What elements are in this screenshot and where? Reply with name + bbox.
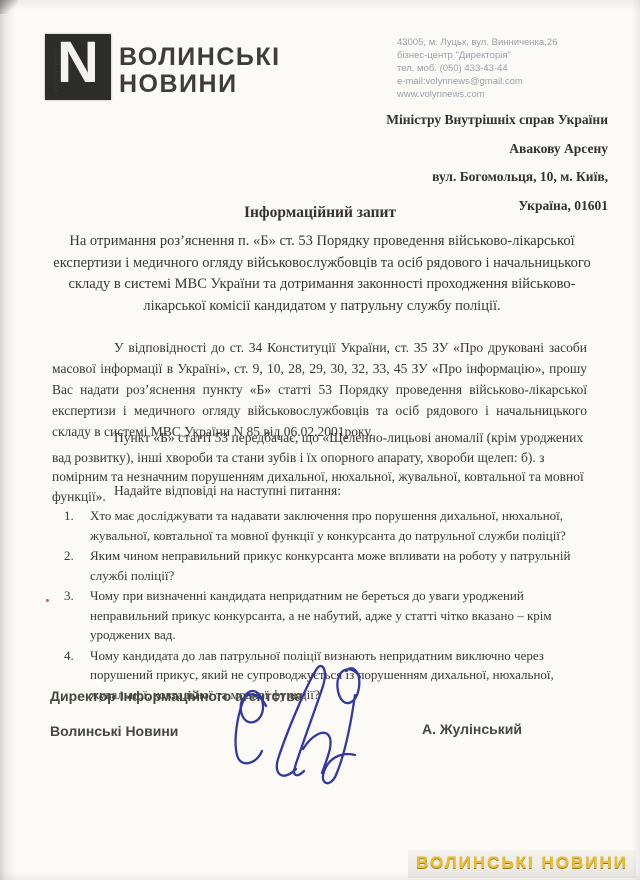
questions-intro: Надайте відповіді на наступні питання: [114,483,341,499]
scan-shadow [0,0,18,14]
scanned-letter-page: N VOLYN NEWS ВОЛИНСЬКІ НОВИНИ 43005, м. … [0,0,640,880]
contact-address-line1: 43005, м. Луцьк, вул. Винниченка,26 [397,36,557,49]
brand-line1: ВОЛИНСЬКІ [119,44,281,71]
question-item: 1. Хто має досліджувати та надавати закл… [64,506,592,545]
recipient-line1: Міністру Внутрішніх справ України [386,106,608,135]
question-text: Яким чином неправильний прикус конкурсан… [90,546,592,585]
contact-block: 43005, м. Луцьк, вул. Винниченка,26 бізн… [397,36,557,101]
contact-address-line2: бізнес-центр "Директорія" [397,49,557,62]
paragraph-subject: На отримання роз’яснення п. «Б» ст. 53 П… [38,231,606,317]
question-item: 3. Чому при визначенні кандидата неприда… [64,586,592,645]
paragraph-legal-basis: У відповідності до ст. 34 Конституції Ук… [52,337,587,442]
question-number: 2. [64,546,90,585]
scan-speck [46,599,49,602]
logo-vertical-text: VOLYN NEWS [54,48,60,93]
question-text: Хто має досліджувати та надавати заключе… [90,506,592,545]
question-item: 2. Яким чином неправильний прикус конкур… [64,546,592,585]
signatory-name: А. Жулінський [422,721,522,737]
volyn-news-logo: N VOLYN NEWS [45,34,111,100]
question-number: 1. [64,506,90,545]
contact-email: e-mail:volynnews@gmail.com [397,75,557,88]
question-number: 3. [64,586,90,645]
contact-phone: тел. моб. (050) 433-43-44 [397,62,557,75]
question-text: Чому при визначенні кандидата непридатни… [90,586,592,645]
contact-website: www.volynnews.com [397,88,557,101]
recipient-line2: Авакову Арсену [386,135,608,164]
recipient-line3: вул. Богомольця, 10, м. Київ, [386,163,608,192]
document-title: Інформаційний запит [0,204,640,222]
recipient-block: Міністру Внутрішніх справ України Аваков… [386,106,608,220]
brand-name: ВОЛИНСЬКІ НОВИНИ [119,44,281,98]
handwritten-signature [228,660,388,792]
brand-line2: НОВИНИ [119,71,281,98]
watermark-brand: ВОЛИНСЬКІ НОВИНИ [408,850,636,878]
